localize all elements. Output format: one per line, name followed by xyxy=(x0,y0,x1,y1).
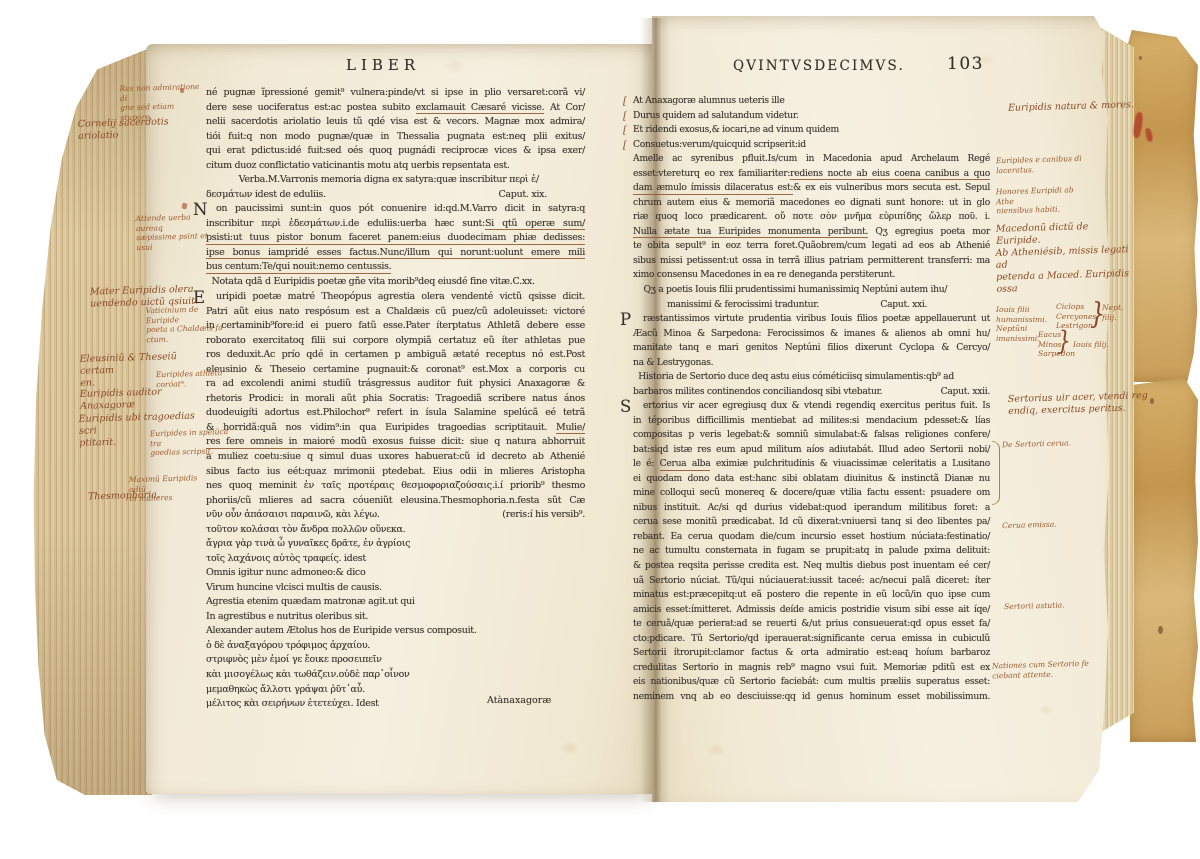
text-line: credulitas Sertorio in magnis reb⁹ magno… xyxy=(633,661,990,676)
text-line: ei quodam dono data est:hanc sibi oblata… xyxy=(633,472,990,487)
text-line: In agrestibus e nutritus oleribus sit. xyxy=(206,610,585,625)
text-line: manissimi & ferocissimi traduntur.Caput.… xyxy=(633,298,990,313)
text-line: rebant. Ea cerua quodam die/cum incursio… xyxy=(633,530,990,545)
chapter-heading-xix: Verba.M.Varronis memoria digna ex satyra… xyxy=(206,173,585,202)
text-line: amicis esset:ímitteret. Admissis deíde a… xyxy=(633,603,990,618)
margin-note: Euripides in spelũca tra goedias scripsi… xyxy=(150,427,237,458)
verse-anaxagorae-alumnus: At Anaxagoræ alumnus ueteris illeDurus q… xyxy=(633,94,990,152)
text-line: Verba.M.Varronis memoria digna ex satyra… xyxy=(206,173,585,188)
text-line: ra ad excolendi animi studiũ trásgressus… xyxy=(206,377,585,392)
text-line: Notata qdã d Euripidis poetæ gñe vita mo… xyxy=(206,275,585,290)
text-line: manitate tanq e mari genitos Neptúni fil… xyxy=(633,341,990,356)
catchword: Atànaxagoræ xyxy=(487,695,551,706)
text-line: & horridã:quã nos vidim⁹:in qua Euripide… xyxy=(206,421,585,436)
text-line: te obita sepult⁹ in eoz terra foret.Quão… xyxy=(633,239,990,254)
page-number: 103 xyxy=(947,54,984,74)
chapter-heading-xxi: Qʒ a poetis Iouis filii prudentissimi hu… xyxy=(633,283,990,312)
text-line: Et ridendi exosus,& iocari,ne ad vinum q… xyxy=(633,123,990,138)
text-line: na & Lestrygonas. xyxy=(633,356,990,371)
text-line: riæ quoq loco prædicarent. οὔ ποτε σὸν μ… xyxy=(633,210,990,225)
margin-note-jove-label: Iouis filij. xyxy=(1073,340,1131,350)
text-line: duodeuigíti adortus est.Philochor⁹ refer… xyxy=(206,406,585,421)
text-line: Æacũ Minoa & Sarpedona: Ferocissimos & i… xyxy=(633,327,990,342)
text-line: nes quoq meminit ἐν ταῖς προτέραις θεσμο… xyxy=(206,479,585,494)
margin-note: Sertorius uir acer, vtendi reg endiq, ex… xyxy=(1008,390,1151,418)
initial-capital-P: P xyxy=(620,312,631,328)
text-line: ὁ δὲ ἀναξαγόρου τρόφιμος ἀρχαίου. xyxy=(206,639,585,654)
text-line: Historia de Sertorio duce deq astu eius … xyxy=(633,370,990,385)
text-line: esset:vtereturq eo rex familiariter:redi… xyxy=(633,167,990,182)
text-line: inscribitur περὶ ἐδεσμάτων.i.de eduliis:… xyxy=(206,217,585,232)
text-line: roborato exercitatoq filii sui corpore o… xyxy=(206,334,585,349)
passage-varro-satire: N on paucissimi sunt:in quos pót conueni… xyxy=(206,202,585,275)
text-line: barbaros milites continendos conciliando… xyxy=(633,385,990,400)
margin-note-neptune-label: Nept. filij. xyxy=(1102,303,1134,322)
parchment-edge-upper xyxy=(1126,30,1198,382)
text-line: ipse bonus iampridé esses factus.Nunc/il… xyxy=(206,246,585,261)
text-line: νῦν οὖν ἁπάσαισι παραινῶ, κὰι λέγω.(reri… xyxy=(206,508,585,523)
text-line: sibus missi petissent:ut ossa in terrã i… xyxy=(633,254,990,269)
margin-note: Euripidis auditor Anaxagoræ xyxy=(80,385,211,413)
text-line: στριφνὸς μὲν ἐμοί γε ἔοικε προσειπεῖν xyxy=(206,653,585,668)
margin-note: Honores Euripidi ab Athe niensibus habit… xyxy=(996,185,1095,216)
text-line: in téporibus difficillimis mentiebat ad … xyxy=(633,414,990,429)
parchment-edge-lower xyxy=(1130,378,1198,742)
text-line: eis nationibus/quæ cũ Sertorio faciebát:… xyxy=(633,675,990,690)
text-line: ximo consensu Macedones in ea re denegan… xyxy=(633,268,990,283)
passage-caesar-omen: né pugnæ ĩpressioné gemit⁹ vulnera:pinde… xyxy=(206,86,585,173)
text-line: ertorius vir acer egregiusq dux & vtendi… xyxy=(633,399,990,414)
text-line: nibus instituit. Ac/si qd durius videbat… xyxy=(633,501,990,516)
ink-speck xyxy=(1139,56,1142,60)
text-line: Sertorii ítrorupit:clamor factus & orta … xyxy=(633,646,990,661)
passage-jove-neptune-sons: P ræstantissimos virtute prudentia virib… xyxy=(633,312,990,370)
text-line: le é: Cerua alba eximiæ pulchritudinis &… xyxy=(633,457,990,472)
chapter-heading-xxii: Historia de Sertorio duce deq astu eius … xyxy=(633,370,990,399)
text-line: At Anaxagoræ alumnus ueteris ille xyxy=(633,94,990,109)
text-line: ne ac tumultu consternata in fugam se pr… xyxy=(633,544,990,559)
text-line: Durus quidem ad salutandum videtur. xyxy=(633,109,990,124)
passage-greek-verses: νῦν οὖν ἁπάσαισι παραινῶ, κὰι λέγω.(reri… xyxy=(206,508,585,712)
brace-glyph: } xyxy=(1057,327,1071,357)
passage-euripides-life: E uripidi poetæ matré Theopópus agrestia… xyxy=(206,290,585,508)
margin-note: Nationes cum Sertorio fe ciebant attente… xyxy=(992,659,1096,681)
text-line: tiói fuit:q non modo pugnæ/quæ in Thessa… xyxy=(206,130,585,145)
text-line: neminem vnq ab eo desciuisse:qq id genus… xyxy=(633,690,990,705)
text-line: res fere omneis in maioré modũ exosus fu… xyxy=(206,435,585,450)
text-line: Virum huncine vlcisci multis de causis. xyxy=(206,581,585,596)
text-line: chrum autem eius & memoriã macedones eo … xyxy=(633,196,990,211)
text-line: eleusinio & Theseio certamine pugnauit:&… xyxy=(206,363,585,378)
text-line: phoriis/cũ mlieres ad sacra cóueniũt ele… xyxy=(206,494,585,509)
running-title-right: QVINTVSDECIMVS. xyxy=(733,58,905,74)
text-line: bat:siqd istæ res eum apud militum aíos … xyxy=(633,443,990,458)
text-line: minatus est:præcepitq:ut eã postero die … xyxy=(633,588,990,603)
text-line: ræstantissimos virtute prudentia viribus… xyxy=(633,312,990,327)
text-line: Alexander autem Ætolus hos de Euripide v… xyxy=(206,624,585,639)
text-line: dam æmulo ímissis dilaceratus est:& ex e… xyxy=(633,181,990,196)
text-line: τοῦτον κολάσαι τὸν ἄνδρα πολλῶν οὕνεκα. xyxy=(206,523,585,538)
text-line: on paucissimi sunt:in quos pót conuenire… xyxy=(206,202,585,217)
margin-note: Cornelij sacerdotis ariolatio xyxy=(78,115,211,143)
text-line: citum duoz conflictatio vaticinantis mot… xyxy=(206,159,585,174)
text-line: Nulla ætate tua Euripides monumenta peri… xyxy=(633,225,990,240)
text-line: uã Sertorio núciat. Tũ/qui núciauerat:iu… xyxy=(633,574,990,589)
text-line: cerua sese monitũ prædicabat. Id cũ dixe… xyxy=(633,515,990,530)
text-line: nelii sacerdotis ariolatio leuis tũ qdé … xyxy=(206,115,585,130)
text-line: mine colloqui secũ monereq & docere/quæ … xyxy=(633,486,990,501)
text-line: & postea reqsita perisse credita est. Ne… xyxy=(633,559,990,574)
text-line: psisti:ut tuus pistor bonum faceret pane… xyxy=(206,231,585,246)
text-line: Omnis igitur nunc admoneo:& dico xyxy=(206,566,585,581)
text-line: bus centum:Te/qui nouit:nemo centussis. xyxy=(206,260,585,275)
text-line: in certaminib⁹fore:id ei puero fatũ esse… xyxy=(206,319,585,334)
text-line: a muliez coetu:siue q simul duas uxores … xyxy=(206,450,585,465)
text-line: cto:pdicare. Tũ Sertorio/qd iperauerat:s… xyxy=(633,632,990,647)
text-line: compositas p veris legebat:& somniũ simu… xyxy=(633,428,990,443)
margin-note: Attende uerba aureaq sæpissime psint et … xyxy=(135,212,216,252)
margin-note: Vaticinium de Euripide poeta a Chaldæis … xyxy=(145,304,232,344)
chapter-heading-xx: Notata qdã d Euripidis poetæ gñe vita mo… xyxy=(206,275,585,290)
text-line: ἄγρια γὰρ τινὰ ὦ γυναῖκες δρᾶτε, ἐν ἀγρί… xyxy=(206,537,585,552)
text-line: dere sese uociferatus est:ac postea subi… xyxy=(206,101,585,116)
text-line: rhetoris Prodici: in morali aũt phia Soc… xyxy=(206,392,585,407)
margin-note: Ab Atheniésib, missis legati ad petenda … xyxy=(995,244,1130,296)
marginal-bracket xyxy=(992,441,1000,505)
text-line: κὰι μισογέλως κὰι τωθάζειν.οὐδὲ παρ᾽οἶνο… xyxy=(206,668,585,683)
text-line: Amelle ac syrenibus pfluit.Is/cum in Mac… xyxy=(633,152,990,167)
text-line: né pugnæ ĩpressioné gemit⁹ vulnera:pinde… xyxy=(206,86,585,101)
text-line: Qʒ a poetis Iouis filii prudentissimi hu… xyxy=(633,283,990,298)
ink-speck xyxy=(1158,626,1163,634)
text-line: qui erat pdictus:idé fuit:sed oés quoq p… xyxy=(206,144,585,159)
text-line: Patri aũt eius nato respósum est a Chald… xyxy=(206,305,585,320)
text-line: δεσμάτων idest de eduliis.Caput. xix. xyxy=(206,188,585,203)
margin-note: Macedonũ dictũ de Euripide. xyxy=(996,220,1125,248)
text-line: sibus facto ius eét:quaz mrimonii ptedeb… xyxy=(206,465,585,480)
reader-ink-mark xyxy=(180,88,185,94)
running-title-left: LIBER xyxy=(346,56,420,74)
text-line: uripidi poetæ matré Theopópus agrestia o… xyxy=(206,290,585,305)
passage-sertorius: S ertorius vir acer egregiusq dux & vten… xyxy=(633,399,990,704)
passage-euripides-macedonia: Amelle ac syrenibus pfluit.Is/cum in Mac… xyxy=(633,152,990,283)
book-photograph: LIBER QVINTVSDECIMVS. 103 né pugnæ ĩpres… xyxy=(0,0,1200,859)
margin-note: Euripides e canibus di laceratus. xyxy=(996,154,1084,175)
initial-capital-S: S xyxy=(620,399,631,415)
text-line: ros deduxit.Ac prío qdé in certamen p am… xyxy=(206,348,585,363)
text-line: Consuetus:verum/quicquid scripserit:id xyxy=(633,138,990,153)
text-line: τοῖς λαχάνοις αὐτὸς τραφείς. idest xyxy=(206,552,585,567)
text-line: te ceruã/quæ perierat:ad se reuerti &/ut… xyxy=(633,617,990,632)
text-line: Agrestia etenim quædam matronæ agit.ut q… xyxy=(206,595,585,610)
ink-speck xyxy=(1150,398,1154,404)
